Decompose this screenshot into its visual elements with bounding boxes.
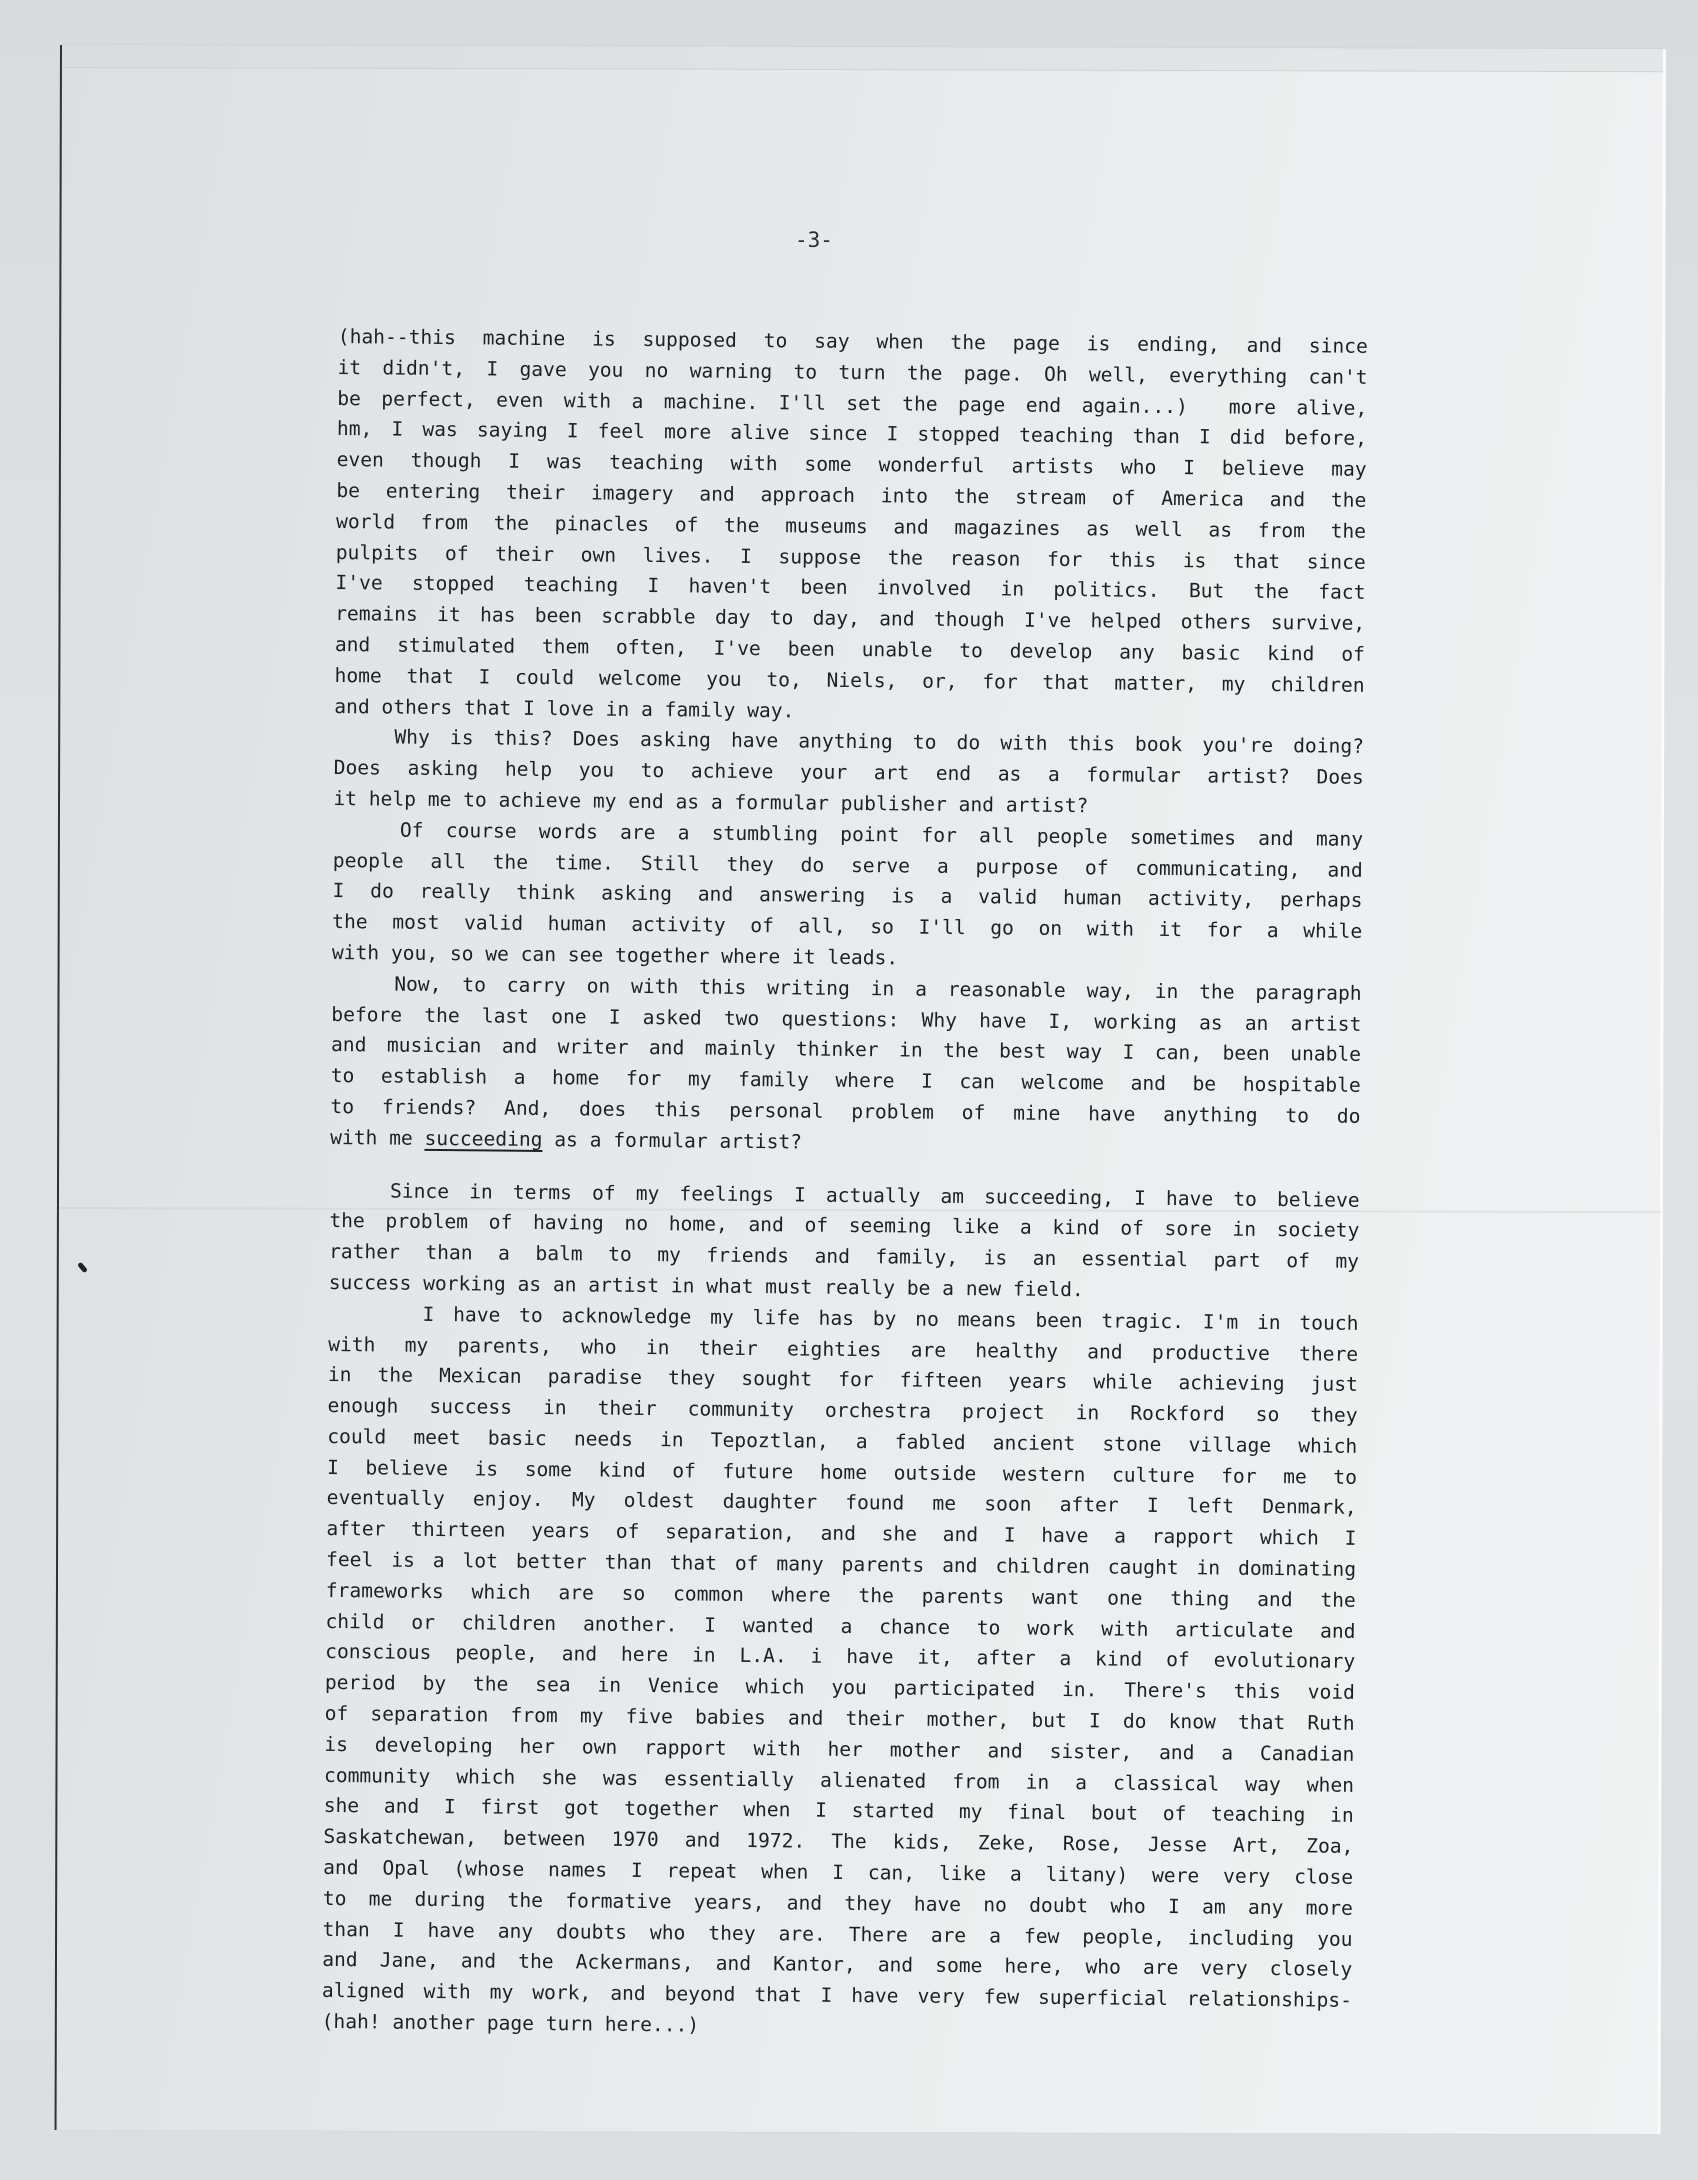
paragraph: Now, to carry on with this writing in a … — [330, 969, 1362, 1164]
text-fragment: with me — [330, 1126, 425, 1150]
page-number: -3- — [795, 228, 833, 252]
paragraph: Of course words are a stumbling point fo… — [332, 815, 1363, 979]
paragraph: I have to acknowledge my life has by no … — [322, 1299, 1359, 2048]
letter-body: (hah--this machine is supposed to say wh… — [322, 322, 1368, 2048]
paragraph: Why is this? Does asking have anything t… — [333, 722, 1364, 824]
text-fragment: as a formular artist? — [542, 1128, 802, 1153]
paper-top-edge — [62, 45, 1664, 72]
paragraph: (hah--this machine is supposed to say wh… — [334, 322, 1368, 732]
paragraph: Since in terms of my feelings I actually… — [329, 1175, 1360, 1308]
underlined-word: succeeding — [424, 1127, 542, 1151]
